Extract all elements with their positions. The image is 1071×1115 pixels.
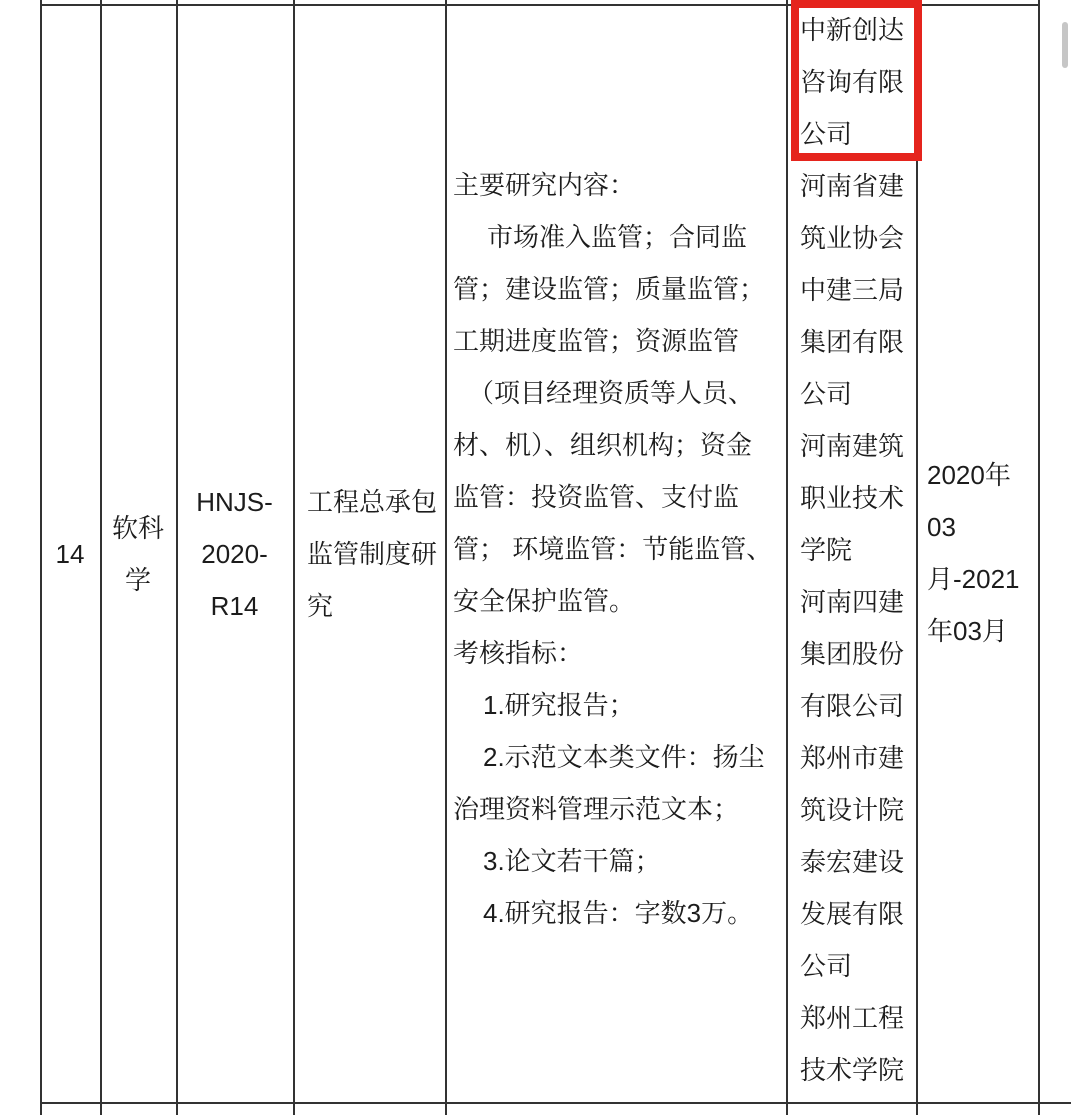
cell-date-range: 2020年 03 月-2021 年03月: [927, 449, 1035, 657]
org-line: 河南建筑: [800, 420, 914, 472]
org-line: 筑业协会: [800, 212, 914, 264]
cell-seq-number: 14: [42, 6, 98, 1102]
project-title-line: 工程总承包: [307, 476, 443, 528]
project-title-line: 究: [307, 580, 443, 632]
org-line: 有限公司: [800, 680, 914, 732]
date-line: 2020年: [927, 449, 1035, 501]
cell-project-code: HNJS- 2020- R14: [178, 6, 291, 1102]
content-line: 市场准入监管；合同监: [453, 211, 783, 263]
org-line: 技术学院: [800, 1044, 914, 1096]
date-line: 年03月: [927, 605, 1035, 657]
date-line: 03: [927, 501, 1035, 553]
scrollbar-thumb[interactable]: [1062, 22, 1068, 68]
org-line: 公司: [800, 940, 914, 992]
table-border-vertical: [445, 0, 447, 1115]
project-code-line: R14: [211, 580, 259, 632]
table-border-vertical: [786, 0, 788, 1115]
content-line: （项目经理资质等人员、: [453, 367, 783, 419]
content-line: 主要研究内容：: [453, 159, 783, 211]
category-line: 学: [125, 554, 151, 606]
content-line: 4.研究报告：字数3万。: [453, 887, 783, 939]
org-line: 中建三局: [800, 264, 914, 316]
date-line: 月-2021: [927, 553, 1035, 605]
content-line: 管； 环境监管：节能监管、: [453, 523, 783, 575]
category-line: 软科: [112, 502, 164, 554]
project-code-line: 2020-: [201, 528, 268, 580]
content-line: 管；建设监管；质量监管；: [453, 263, 783, 315]
org-line: 河南省建: [800, 160, 914, 212]
document-table-screenshot: 14 软科 学 HNJS- 2020- R14 工程总承包 监管制度研 究 主要…: [0, 0, 1071, 1115]
highlight-box: [791, 0, 922, 161]
cell-project-title: 工程总承包 监管制度研 究: [295, 6, 443, 1102]
seq-number: 14: [56, 528, 85, 580]
org-line: 郑州工程: [800, 992, 914, 1044]
content-line: 1.研究报告；: [453, 679, 783, 731]
org-line: 集团股份: [800, 628, 914, 680]
org-line: 筑设计院: [800, 784, 914, 836]
org-line: 集团有限: [800, 316, 914, 368]
table-border-horizontal: [40, 1102, 1071, 1104]
table-border-vertical: [916, 0, 918, 1115]
content-line: 3.论文若干篇；: [453, 835, 783, 887]
content-line: 材、机）、组织机构；资金: [453, 419, 783, 471]
project-title-line: 监管制度研: [307, 528, 443, 580]
content-line: 2.示范文本类文件：扬尘: [453, 731, 783, 783]
org-line: 河南四建: [800, 576, 914, 628]
cell-category: 软科 学: [102, 6, 174, 1102]
org-line: 泰宏建设: [800, 836, 914, 888]
cell-research-content: 主要研究内容： 市场准入监管；合同监 管；建设监管；质量监管； 工期进度监管；资…: [453, 159, 783, 939]
content-line: 考核指标：: [453, 627, 783, 679]
org-line: 学院: [800, 524, 914, 576]
org-line: 公司: [800, 368, 914, 420]
cell-organizations: 中新创达 咨询有限 公司 河南省建 筑业协会 中建三局 集团有限 公司 河南建筑…: [800, 4, 914, 1096]
project-code-line: HNJS-: [196, 476, 273, 528]
org-line: 职业技术: [800, 472, 914, 524]
table-border-vertical: [1038, 0, 1040, 1115]
content-line: 监管：投资监管、支付监: [453, 471, 783, 523]
content-line: 工期进度监管；资源监管: [453, 315, 783, 367]
org-line: 发展有限: [800, 888, 914, 940]
org-line: 郑州市建: [800, 732, 914, 784]
content-line: 治理资料管理示范文本；: [453, 783, 783, 835]
content-line: 安全保护监管。: [453, 575, 783, 627]
